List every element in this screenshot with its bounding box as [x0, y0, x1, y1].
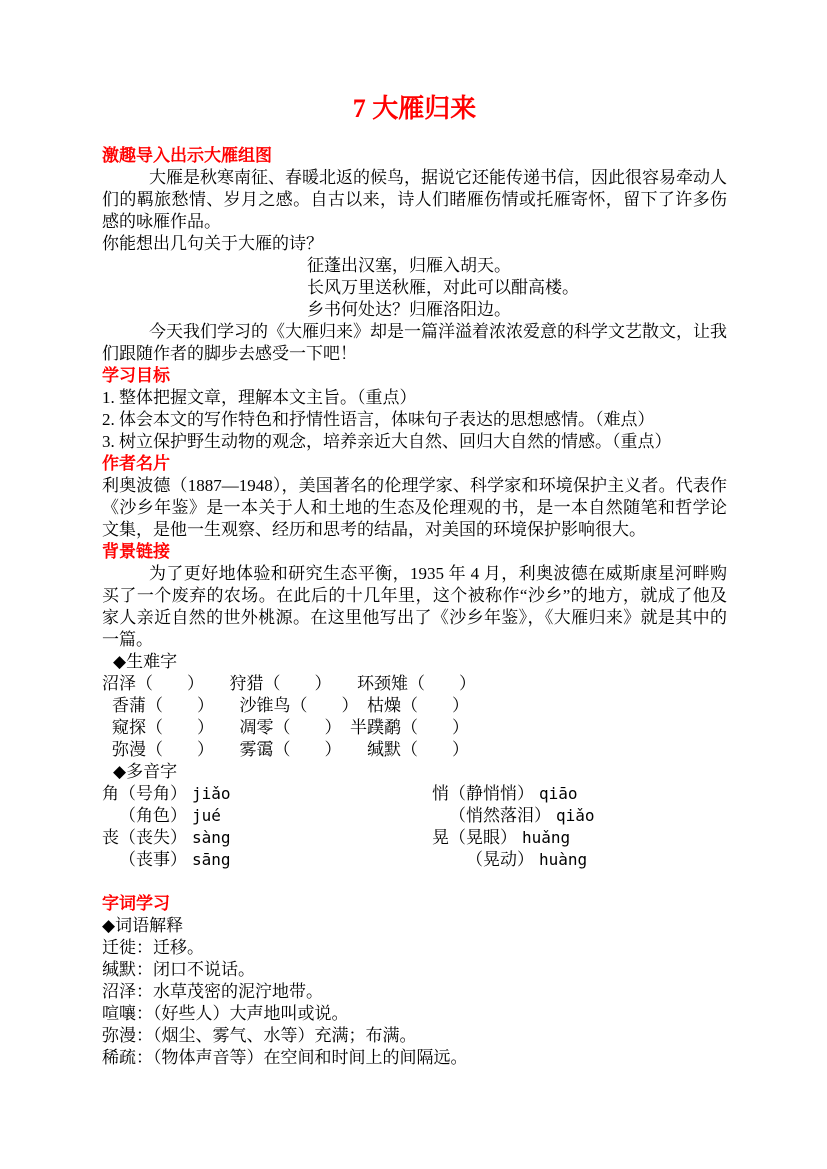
definition-line-1: 迁徙：迁移。	[102, 937, 727, 959]
shengnanzi-row-3: 窥探（ ） 凋零（ ） 半蹼鹬（ ）	[102, 717, 727, 739]
section-heading-goals: 学习目标	[102, 365, 727, 387]
duoyinzi-pinyin: qiǎo	[556, 806, 595, 825]
definition-line-3: 沼泽：水草茂密的泥泞地带。	[102, 981, 727, 1003]
duoyinzi-hanzi: （晃动）	[449, 850, 534, 869]
duoyinzi-cell: （悄然落泪）qiǎo	[449, 805, 727, 827]
section-heading-author: 作者名片	[102, 453, 727, 475]
duoyinzi-row: （角色）jué （悄然落泪）qiǎo	[102, 805, 727, 827]
shengnanzi-row-2: 香蒲（ ） 沙锥鸟（ ） 枯燥（ ）	[102, 695, 727, 717]
intro-paragraph-2: 今天我们学习的《大雁归来》却是一篇洋溢着浓浓爱意的科学文艺散文，让我们跟随作者的…	[102, 321, 727, 365]
section-heading-background: 背景链接	[102, 541, 727, 563]
duoyinzi-hanzi: （角色）	[119, 806, 187, 825]
section-heading-cixue: 字词学习	[102, 893, 727, 915]
spacer	[102, 871, 727, 893]
definition-line-6: 稀疏：（物体声音等）在空间和时间上的间隔远。	[102, 1047, 727, 1069]
duoyinzi-pinyin: jué	[192, 806, 221, 825]
duoyinzi-heading: ◆多音字	[102, 761, 727, 783]
poem-line-1: 征蓬出汉塞，归雁入胡天。	[307, 255, 727, 277]
duoyinzi-pinyin: qiāo	[539, 784, 578, 803]
duoyinzi-hanzi: （丧事）	[119, 850, 187, 869]
duoyinzi-row: 丧（丧失）sàng 晃（晃眼）huǎng	[102, 827, 727, 849]
shengnanzi-heading: ◆生难字	[102, 651, 727, 673]
duoyinzi-hanzi: 晃（晃眼）	[432, 828, 517, 847]
definition-line-5: 弥漫：（烟尘、雾气、水等）充满；布满。	[102, 1025, 727, 1047]
duoyinzi-row: 角（号角）jiǎo 悄（静悄悄）qiāo	[102, 783, 727, 805]
goal-item-2: 2. 体会本文的写作特色和抒情性语言，体味句子表达的思想感情。（难点）	[102, 409, 727, 431]
section-heading-intro: 激趣导入出示大雁组图	[102, 145, 727, 167]
shengnanzi-row-4: 弥漫（ ） 雾霭（ ） 缄默（ ）	[102, 739, 727, 761]
duoyinzi-cell: （晃动）huàng	[449, 849, 727, 871]
shengnanzi-row-1: 沼泽（ ） 狩猎（ ） 环颈雉（ ）	[102, 673, 727, 695]
goal-item-3: 3. 树立保护野生动物的观念，培养亲近大自然、回归大自然的情感。（重点）	[102, 431, 727, 453]
page-title: 7 大雁归来	[102, 92, 727, 126]
duoyinzi-hanzi: 丧（丧失）	[102, 828, 187, 847]
poem-line-3: 乡书何处达？归雁洛阳边。	[307, 299, 727, 321]
poem-line-2: 长风万里送秋雁，对此可以酣高楼。	[307, 277, 727, 299]
duoyinzi-pinyin: huàng	[539, 850, 587, 869]
duoyinzi-cell: 悄（静悄悄）qiāo	[432, 783, 727, 805]
duoyinzi-cell: （丧事）sāng	[102, 849, 449, 871]
duoyinzi-hanzi: 悄（静悄悄）	[432, 784, 534, 803]
goal-item-1: 1. 整体把握文章，理解本文主旨。（重点）	[102, 387, 727, 409]
duoyinzi-cell: （角色）jué	[102, 805, 449, 827]
duoyinzi-cell: 晃（晃眼）huǎng	[432, 827, 727, 849]
definition-line-2: 缄默：闭口不说话。	[102, 959, 727, 981]
background-paragraph: 为了更好地体验和研究生态平衡，1935 年 4 月，利奥波德在威斯康星河畔购买了…	[102, 563, 727, 651]
duoyinzi-pinyin: jiǎo	[192, 784, 231, 803]
duoyinzi-row: （丧事）sāng （晃动）huàng	[102, 849, 727, 871]
duoyinzi-cell: 角（号角）jiǎo	[102, 783, 432, 805]
poem-block: 征蓬出汉塞，归雁入胡天。 长风万里送秋雁，对此可以酣高楼。 乡书何处达？归雁洛阳…	[102, 255, 727, 321]
author-paragraph: 利奥波德（1887—1948），美国著名的伦理学家、科学家和环境保护主义者。代表…	[102, 475, 727, 541]
cixue-subheading: ◆词语解释	[102, 915, 727, 937]
definition-line-4: 喧嚷：（好些人）大声地叫或说。	[102, 1003, 727, 1025]
intro-question: 你能想出几句关于大雁的诗？	[102, 233, 727, 255]
duoyinzi-pinyin: sàng	[192, 828, 231, 847]
document-page: 7 大雁归来 激趣导入出示大雁组图 大雁是秋寒南征、春暖北返的候鸟，据说它还能传…	[0, 0, 827, 1069]
duoyinzi-pinyin: sāng	[192, 850, 231, 869]
duoyinzi-hanzi: 角（号角）	[102, 784, 187, 803]
duoyinzi-hanzi: （悄然落泪）	[449, 806, 551, 825]
intro-paragraph: 大雁是秋寒南征、春暖北返的候鸟，据说它还能传递书信，因此很容易牵动人们的羁旅愁情…	[102, 167, 727, 233]
duoyinzi-cell: 丧（丧失）sàng	[102, 827, 432, 849]
duoyinzi-pinyin: huǎng	[522, 828, 570, 847]
